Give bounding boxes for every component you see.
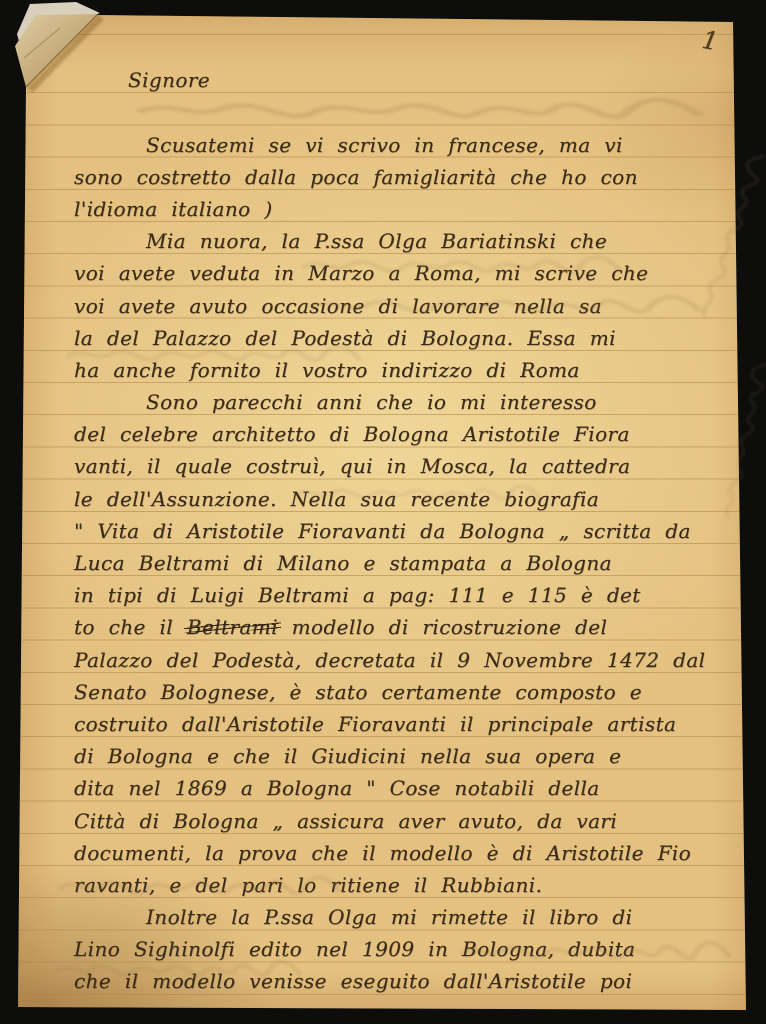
text-line: Sono parecchi anni che io mi interesso bbox=[74, 382, 732, 414]
text-line: del celebre architetto di Bologna Aristo… bbox=[74, 414, 732, 446]
text-line: Lino Sighinolfi edito nel 1909 in Bologn… bbox=[74, 929, 732, 961]
blank-line bbox=[74, 92, 732, 124]
text-line: Inoltre la P.ssa Olga mi rimette il libr… bbox=[74, 897, 732, 929]
text-line: ha anche fornito il vostro indirizzo di … bbox=[74, 350, 732, 382]
salutation: Signore bbox=[128, 70, 210, 90]
text-line: Scusatemi se vi scrivo in francese, ma v… bbox=[74, 124, 732, 156]
text-line: Luca Beltrami di Milano e stampata a Bol… bbox=[74, 543, 732, 575]
letter-paper: 1 Signore Scusatemi se vi scrivo in fran… bbox=[0, 0, 766, 1024]
handwritten-text-block: Signore Scusatemi se vi scrivo in france… bbox=[74, 60, 732, 993]
text-line: di Bologna e che il Giudicini nella sua … bbox=[74, 736, 732, 768]
text-line-with-strikethrough: to che il Beltrami modello di ricostruzi… bbox=[74, 607, 732, 639]
text-line: in tipi di Luigi Beltrami a pag: 111 e 1… bbox=[74, 575, 732, 607]
text-line: Senato Bolognese, è stato certamente com… bbox=[74, 672, 732, 704]
text-line: la del Palazzo del Podestà di Bologna. E… bbox=[74, 318, 732, 350]
text-line: voi avete veduta in Marzo a Roma, mi scr… bbox=[74, 253, 732, 285]
text-line: Città di Bologna „ assicura aver avuto, … bbox=[74, 800, 732, 832]
salutation-line: Signore bbox=[74, 60, 732, 92]
text-line: l'idioma italiano ) bbox=[74, 189, 732, 221]
fold-inner-crease bbox=[24, 28, 60, 58]
text-line: voi avete avuto occasione di lavorare ne… bbox=[74, 285, 732, 317]
text-line: sono costretto dalla poca famigliarità c… bbox=[74, 157, 732, 189]
scanned-letter-page: 1 Signore Scusatemi se vi scrivo in fran… bbox=[0, 0, 766, 1024]
text-line: documenti, la prova che il modello è di … bbox=[74, 833, 732, 865]
struck-word: Beltrami bbox=[187, 615, 278, 639]
text-line: Mia nuora, la P.ssa Olga Bariatinski che bbox=[74, 221, 732, 253]
strike-pre: to che il bbox=[74, 615, 187, 639]
text-line: vanti, il quale costruì, qui in Mosca, l… bbox=[74, 446, 732, 478]
strike-post: modello di ricostruzione del bbox=[278, 615, 607, 639]
text-line: costruito dall'Aristotile Fioravanti il … bbox=[74, 704, 732, 736]
text-line: che il modello venisse eseguito dall'Ari… bbox=[74, 961, 732, 993]
text-line: Palazzo del Podestà, decretata il 9 Nove… bbox=[74, 639, 732, 671]
text-line: le dell'Assunzione. Nella sua recente bi… bbox=[74, 478, 732, 510]
text-line: ravanti, e del pari lo ritiene il Rubbia… bbox=[74, 865, 732, 897]
text-line: dita nel 1869 a Bologna " Cose notabili … bbox=[74, 768, 732, 800]
text-line: " Vita di Aristotile Fioravanti da Bolog… bbox=[74, 511, 732, 543]
